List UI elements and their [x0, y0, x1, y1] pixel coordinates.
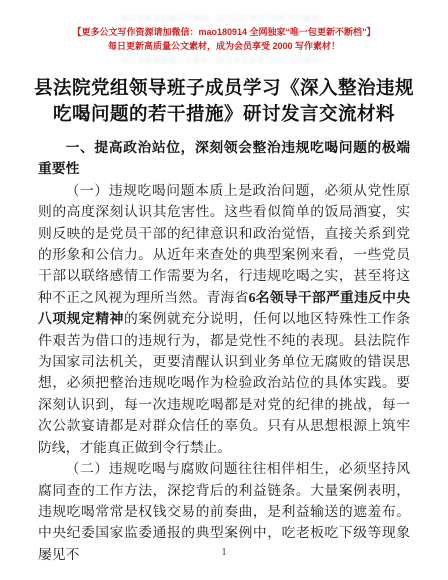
- promo-banner: 【更多公文写作资源请加微信：mao180914 全网独家“唯一包更新不断档”】 …: [0, 0, 448, 53]
- page-number: 1: [0, 546, 448, 558]
- paragraph-1-text-post: 的案例就充分说明，任何以地区特殊性工作条件艰苦为借口的违规行为，都是党性不纯的表…: [38, 311, 410, 454]
- document-page: 每日更新高质量公文素材，成为会员享受 2000 写作素材！ 【更多公文写作资源请…: [0, 0, 448, 565]
- paragraph-1: （一）违规吃喝问题本质上是政治问题，必须从党性原则的高度深刻认识其危害性。这些看…: [38, 180, 410, 458]
- promo-line-2: 每日更新高质量公文素材，成为会员享受 2000 写作素材！: [0, 40, 448, 54]
- section-heading: 一、提高政治站位，深刻领会整治违规吃喝问题的极端重要性: [38, 137, 410, 180]
- paragraph-1-text-pre: （一）违规吃喝问题本质上是政治问题，必须从党性原则的高度深刻认识其危害性。这些看…: [38, 183, 410, 305]
- faded-watermark-middle: 每日更新高质量公文素材，成为会员享受 2000 写作素材！: [0, 55, 448, 66]
- promo-line-1: 【更多公文写作资源请加微信：mao180914 全网独家“唯一包更新不断档”】: [0, 26, 448, 40]
- document-title: 县法院党组领导班子成员学习《深入整治违规吃喝问题的若干措施》研讨发言交流材料: [33, 76, 415, 128]
- document-body: 一、提高政治站位，深刻领会整治违规吃喝问题的极端重要性 （一）违规吃喝问题本质上…: [38, 137, 410, 565]
